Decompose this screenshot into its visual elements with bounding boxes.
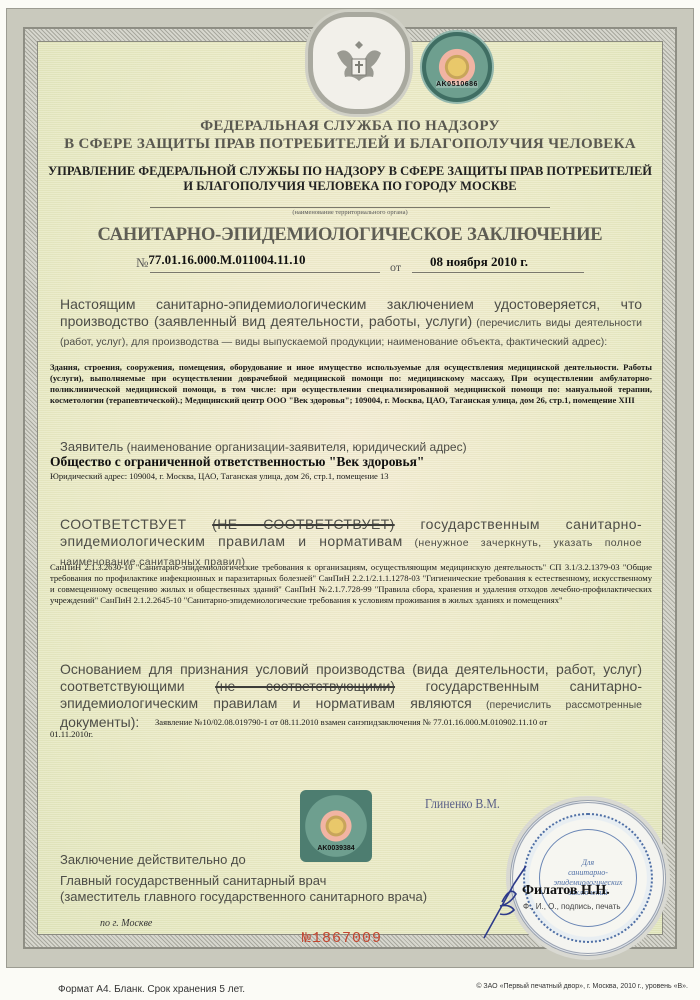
- applicant-legal-address: Юридический адрес: 109004, г. Москва, ЦА…: [50, 471, 632, 482]
- dept-underline: [150, 207, 550, 208]
- applicant-org-name: Общество с ограниченной ответственностью…: [50, 454, 632, 470]
- agency-name-line2: В СФЕРЕ ЗАЩИТЫ ПРАВ ПОТРЕБИТЕЛЕЙ И БЛАГО…: [0, 136, 700, 153]
- handwritten-signature-icon: [480, 862, 540, 942]
- dept-caption: (наименование территориального органа): [0, 209, 700, 216]
- number-underline: [150, 272, 380, 273]
- activity-value: Здания, строения, сооружения, помещения,…: [50, 362, 652, 406]
- compliance-rules-list: СанПиН 2.1.3.2630-10 "Санитарно-эпидемио…: [50, 562, 652, 606]
- date-prefix: от: [390, 260, 401, 275]
- footer-printer: © ЗАО «Первый печатный двор», г. Москва,…: [476, 983, 688, 990]
- document-title: САНИТАРНО-ЭПИДЕМИОЛОГИЧЕСКОЕ ЗАКЛЮЧЕНИЕ: [0, 225, 700, 246]
- agency-name-line1: ФЕДЕРАЛЬНАЯ СЛУЖБА ПО НАДЗОРУ: [0, 118, 700, 135]
- double-headed-eagle-icon: [327, 31, 391, 95]
- hologram-seal-top: AK0510686: [420, 30, 494, 104]
- basis-documents-line2: 01.11.2010г.: [50, 729, 632, 740]
- footer-format: Формат А4. Бланк. Срок хранения 5 лет.: [58, 984, 245, 995]
- date-underline: [412, 272, 584, 273]
- blank-serial-number: №1867009: [302, 930, 382, 947]
- name-stamp: Глиненко В.М.: [425, 797, 500, 813]
- activity-intro: Настоящим санитарно-эпидемиологическим з…: [60, 296, 642, 351]
- document-number: №77.01.16.000.М.011004.11.10: [136, 254, 306, 272]
- basis-documents-line1: Заявление №10/02.08.019790-1 от 08.11.20…: [155, 717, 655, 728]
- coat-of-arms-emblem: [308, 12, 410, 114]
- document-date: 08 ноября 2010 г.: [430, 254, 528, 270]
- department-name: УПРАВЛЕНИЕ ФЕДЕРАЛЬНОЙ СЛУЖБЫ ПО НАДЗОРУ…: [0, 164, 700, 194]
